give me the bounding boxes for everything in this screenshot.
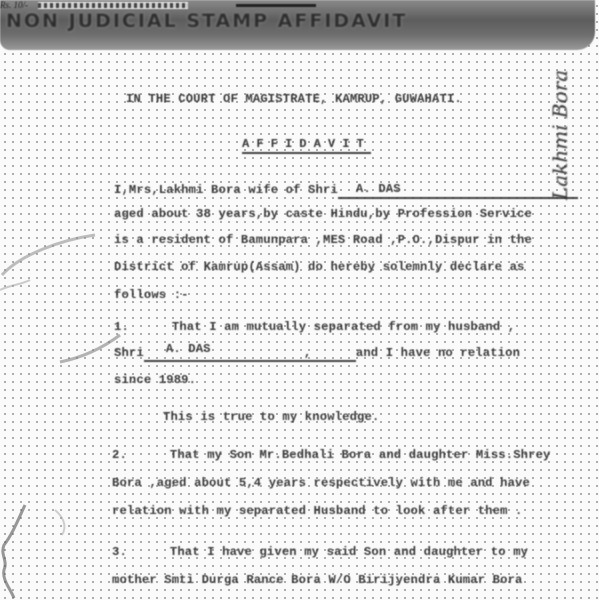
- para-3-number: 3.: [112, 545, 127, 559]
- para-2-line-2: Bora ,aged about 5,4 years respectively …: [112, 476, 530, 490]
- para-3-line-1: 3. That I have given my said Son and dau…: [112, 545, 528, 559]
- husband-name-2: A. DAS: [166, 342, 211, 356]
- para-1-line-3: since 1989.: [114, 373, 196, 387]
- intro-line-2: aged about 38 years,by caste Hindu,by Pr…: [114, 207, 532, 221]
- stamp-border: [38, 2, 188, 9]
- para-1-line-2: ShriA. DAS, and I have no relation: [114, 346, 520, 362]
- para-2-line-1: 2. That my Son Mr.Bedhali Bora and daugh…: [112, 448, 551, 462]
- pen-mark-scribble: [0, 480, 100, 600]
- document-title: AFFIDAVIT: [242, 137, 371, 151]
- stamp-value: Rs. 10/-: [0, 0, 28, 10]
- para-2-text: That my Son Mr.Bedhali Bora and daughter…: [170, 448, 551, 462]
- stamp-divider: [236, 4, 316, 7]
- husband-name-field-2: A. DAS,: [144, 346, 356, 362]
- stamp-banner-text: NON JUDICIAL STAMP AFFIDAVIT: [6, 10, 595, 32]
- signature: Lakhmi Bora: [548, 70, 572, 200]
- court-heading: IN THE COURT OF MAGISTRATE, KAMRUP, GUWA…: [126, 92, 462, 106]
- intro-line-1-text: I,Mrs,Lakhmi Bora wife of Shri: [114, 183, 338, 197]
- husband-name-field-1: A. DAS: [338, 183, 578, 199]
- para-3-text: That I have given my said Son and daught…: [170, 545, 528, 559]
- para-1-line-1: 1. That I am mutually separated from my …: [114, 320, 515, 334]
- para-2-line-3: relation with my separated Husband to lo…: [112, 504, 523, 518]
- para-2-number: 2.: [112, 448, 127, 462]
- intro-line-5: follows :-: [114, 288, 189, 302]
- intro-line-4: District of Kamrup(Assam) do hereby sole…: [114, 260, 525, 274]
- pen-mark-curve: [0, 230, 130, 380]
- para-1-suffix: and I have no relation: [356, 346, 520, 360]
- stamp-banner: Rs. 10/- NON JUDICIAL STAMP AFFIDAVIT: [0, 0, 595, 50]
- para-1-prefix: Shri: [114, 346, 144, 360]
- intro-line-3: is a resident of Bamunpara ,MES Road ,P.…: [114, 233, 532, 247]
- para-1-number: 1.: [114, 320, 129, 334]
- intro-line-1: I,Mrs,Lakhmi Bora wife of ShriA. DAS: [114, 183, 578, 199]
- husband-name-1: A. DAS: [356, 182, 401, 196]
- para-3-line-2: mother Smti Durga Rance Bora W/O Birijye…: [112, 573, 523, 587]
- para-1-note: This is true to my knowledge.: [163, 410, 379, 424]
- para-1-text: That I am mutually separated from my hus…: [172, 320, 515, 334]
- document-title-text: AFFIDAVIT: [242, 137, 371, 154]
